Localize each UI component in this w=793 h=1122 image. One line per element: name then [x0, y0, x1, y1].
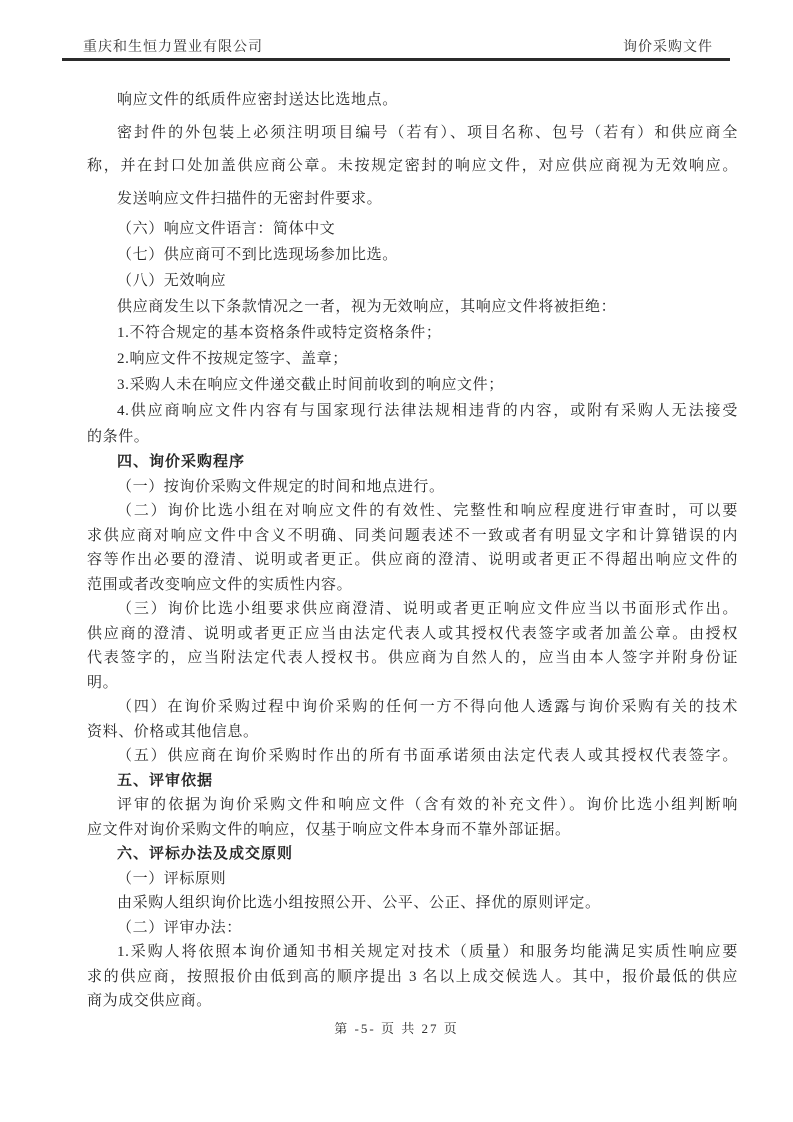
- text-line: （一）评标原则: [87, 867, 738, 892]
- text-line: 明。: [87, 671, 738, 696]
- text-line: 评审的依据为询价采购文件和响应文件（含有效的补充文件）。询价比选小组判断响: [87, 793, 738, 818]
- text-line: （三）询价比选小组要求供应商澄清、说明或者更正响应文件应当以书面形式作出。: [87, 597, 738, 622]
- header-rule: [62, 58, 730, 61]
- document-page: 重庆和生恒力置业有限公司 询价采购文件 响应文件的纸质件应密封送达比选地点。密封…: [0, 0, 793, 1122]
- text-line: 容等作出必要的澄清、说明或者更正。供应商的澄清、说明或者更正不得超出响应文件的: [87, 548, 738, 573]
- text-line: 称，并在封口处加盖供应商公章。未按规定密封的响应文件，对应供应商视为无效响应。: [87, 150, 738, 183]
- section-heading: 四、询价采购程序: [87, 450, 738, 475]
- text-line: 响应文件的纸质件应密封送达比选地点。: [87, 84, 738, 117]
- text-line: （七）供应商可不到比选现场参加比选。: [87, 242, 738, 268]
- text-line: （五）供应商在询价采购时作出的所有书面承诺须由法定代表人或其授权代表签字。: [87, 744, 738, 769]
- text-line: 3.采购人未在响应文件递交截止时间前收到的响应文件；: [87, 372, 738, 398]
- header-company-name: 重庆和生恒力置业有限公司: [62, 36, 263, 56]
- document-body: 响应文件的纸质件应密封送达比选地点。密封件的外包装上必须注明项目编号（若有）、项…: [87, 84, 738, 1014]
- text-line: 范围或者改变响应文件的实质性内容。: [87, 573, 738, 598]
- text-line: 资料、价格或其他信息。: [87, 720, 738, 745]
- text-line: 供应商发生以下条款情况之一者，视为无效响应，其响应文件将被拒绝：: [87, 294, 738, 320]
- text-line: 求的供应商，按照报价由低到高的顺序提出 3 名以上成交候选人。其中，报价最低的供…: [87, 965, 738, 990]
- text-line: （四）在询价采购过程中询价采购的任何一方不得向他人透露与询价采购有关的技术: [87, 695, 738, 720]
- page-footer: 第 -5- 页 共 27 页: [0, 1018, 793, 1037]
- text-line: （一）按询价采购文件规定的时间和地点进行。: [87, 475, 738, 500]
- page-number: 第 -5- 页 共 27 页: [334, 1021, 458, 1036]
- text-line: 由采购人组织询价比选小组按照公开、公平、公正、择优的原则评定。: [87, 891, 738, 916]
- text-line: （六）响应文件语言：简体中文: [87, 216, 738, 242]
- text-line: 1.采购人将依照本询价通知书相关规定对技术（质量）和服务均能满足实质性响应要: [87, 940, 738, 965]
- section-heading: 五、评审依据: [87, 769, 738, 794]
- text-line: 发送响应文件扫描件的无密封件要求。: [87, 183, 738, 216]
- text-line: 求供应商对响应文件中含义不明确、同类问题表述不一致或者有明显文字和计算错误的内: [87, 524, 738, 549]
- page-header: 重庆和生恒力置业有限公司 询价采购文件: [62, 36, 730, 56]
- text-line: 的条件。: [87, 424, 738, 450]
- text-line: 密封件的外包装上必须注明项目编号（若有）、项目名称、包号（若有）和供应商全: [87, 117, 738, 150]
- text-line: 商为成交供应商。: [87, 989, 738, 1014]
- section-heading: 六、评标办法及成交原则: [87, 842, 738, 867]
- text-line: （二）评审办法：: [87, 916, 738, 941]
- text-line: 代表签字的，应当附法定代表人授权书。供应商为自然人的，应当由本人签字并附身份证: [87, 646, 738, 671]
- text-line: （二）询价比选小组在对响应文件的有效性、完整性和响应程度进行审查时，可以要: [87, 499, 738, 524]
- text-line: 供应商的澄清、说明或者更正应当由法定代表人或其授权代表签字或者加盖公章。由授权: [87, 622, 738, 647]
- header-doc-label: 询价采购文件: [623, 36, 730, 56]
- text-line: （八）无效响应: [87, 268, 738, 294]
- text-line: 1.不符合规定的基本资格条件或特定资格条件；: [87, 320, 738, 346]
- text-line: 4.供应商响应文件内容有与国家现行法律法规相违背的内容，或附有采购人无法接受: [87, 398, 738, 424]
- text-line: 2.响应文件不按规定签字、盖章；: [87, 346, 738, 372]
- text-line: 应文件对询价采购文件的响应，仅基于响应文件本身而不靠外部证据。: [87, 818, 738, 843]
